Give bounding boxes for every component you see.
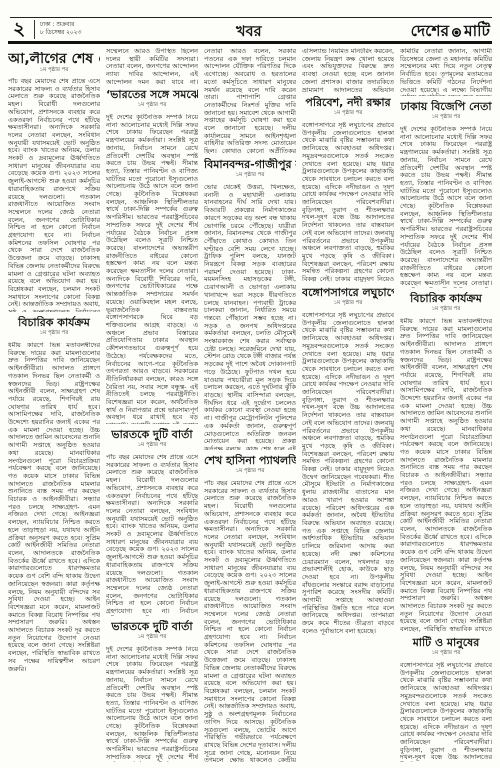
article-body-text: পাঁচ বছর মেয়াদের শেষ প্রান্তে এসে সরকার… — [204, 480, 296, 762]
article-headline: মাটি ও মানুষের ১ম পৃষ্ঠার পর — [400, 632, 492, 662]
article-body-text: পাঁচ বছর মেয়াদের শেষ প্রান্তে এসে সরকার… — [106, 454, 198, 616]
article-headline: পরিবেশ, নদী রক্ষার ১ম পৃষ্ঠার পর — [302, 92, 394, 122]
news-column-3: নেতারা আরও বলেন, সরকার পতনের এক দফা দাবি… — [204, 48, 296, 762]
article-body-text: কমিটির নেতারা জানান, আগামী ডিসেম্বরে জেল… — [400, 48, 492, 96]
article-body-text: দুই দেশের কূটনৈতিক সম্পর্ক নিয়ে নানা আল… — [106, 646, 198, 762]
continued-from-page-label: ১ম পৃষ্ঠার পর — [400, 114, 492, 122]
continued-from-page-label: ১ম পৃষ্ঠার পর — [106, 634, 198, 642]
continued-from-page-label: ১ম পৃষ্ঠার পর — [204, 468, 296, 476]
article-headline: বিচারিক কার্যক্রম ১ম পৃষ্ঠার পর — [8, 312, 100, 342]
article-body-text: বঙ্গোপসাগরে সৃষ্ট লঘুচাপের প্রভাবে উপকূল… — [302, 122, 394, 282]
masthead-bottom-rule — [8, 41, 492, 44]
article-body-text: নেতারা আরও বলেন, সরকার পতনের এক দফা দাবি… — [204, 48, 296, 154]
page-number: ২ — [13, 18, 25, 40]
continued-from-page-label: ১ম পৃষ্ঠার পর — [302, 300, 394, 308]
news-column-1: আ,লীগের শেষ ৫ বছর ১ম পৃষ্ঠার পর পাঁচ বছর… — [8, 48, 100, 762]
masthead-top-rule — [10, 17, 492, 18]
article-headline: ঢাকায় বিজেপি নেতা ১ম পৃষ্ঠার পর — [400, 96, 492, 126]
logo-dot-icon — [452, 28, 461, 37]
article-headline: ভারতকে দুটি বার্তা ১ম পৃষ্ঠার পর — [106, 424, 198, 454]
article-body-text: ভোর থেকেই উত্তরা, খিলক্ষেত, বনানী ও মহাখ… — [204, 184, 296, 450]
article-body-text: ধর্মীয় কারণে ভিন্ন মতাবলম্বীদের বিরুদ্ধ… — [400, 318, 492, 632]
article-body-text: এসিল্যান্ড নিয়মিত মনিটরিং করবেন, জেলায়… — [302, 48, 394, 92]
article-body-text: দুই দেশের কূটনৈতিক সম্পর্ক নিয়ে নানা আল… — [106, 114, 198, 424]
article-body-text: ধর্মীয় কারণে ভিন্ন মতাবলম্বীদের বিরুদ্ধ… — [8, 342, 100, 762]
continued-from-page-label: ১ম পৃষ্ঠার পর — [106, 442, 198, 450]
continued-from-page-label: ১ম পৃষ্ঠার পর — [302, 110, 394, 118]
news-column-5: কমিটির নেতারা জানান, আগামী ডিসেম্বরে জেল… — [400, 48, 492, 762]
continued-from-page-label: ১ম পৃষ্ঠার পর — [106, 102, 198, 110]
news-column-4: এসিল্যান্ড নিয়মিত মনিটরিং করবেন, জেলায়… — [302, 48, 394, 762]
article-body-text: পাঁচ বছর মেয়াদের শেষ প্রান্তে এসে সরকার… — [8, 78, 100, 312]
continued-from-page-label: ১ম পৃষ্ঠার পর — [8, 330, 100, 338]
article-body-text: বঙ্গোপসাগরে সৃষ্ট লঘুচাপের প্রভাবে উপকূল… — [302, 312, 394, 762]
article-headline: ভারতকে দুটি বার্তা ১ম পৃষ্ঠার পর — [106, 616, 198, 646]
article-body-text: বঙ্গোপসাগরে সৃষ্ট লঘুচাপের প্রভাবে উপকূল… — [400, 662, 492, 762]
article-headline: শেখ হাসিনা প্যাথলজিক্যাল ১ম পৃষ্ঠার পর — [204, 450, 296, 480]
dateline-date: ৮ ডিসেম্বর ২০২৩ — [40, 29, 81, 37]
article-headline: বিচারিক কার্যক্রম ১ম পৃষ্ঠার পর — [400, 288, 492, 318]
news-column-2: সম্মেলনে আরও উপস্থিত ছিলেন দলের স্থায়ী … — [106, 48, 198, 762]
dateline: ঢাকা : শুক্রবার ৮ ডিসেম্বর ২০২৩ — [40, 21, 81, 37]
article-headline: আ,লীগের শেষ ৫ বছর ১ম পৃষ্ঠার পর — [8, 48, 100, 78]
continued-from-page-label: ১ম পৃষ্ঠার পর — [400, 306, 492, 314]
article-body-text: দুই দেশের কূটনৈতিক সম্পর্ক নিয়ে নানা আল… — [400, 126, 492, 288]
article-headline: বঙ্গোপসাগরে লঘুচাপের ১ম পৃষ্ঠার পর — [302, 282, 394, 312]
masthead-divider — [34, 20, 35, 39]
article-headline: বিমানবন্দর-গাজীপুর সড়কে ১ম পৃষ্ঠার পর — [204, 154, 296, 184]
article-headline: ‘ভারতের সঙ্গে সমঝোতা’ ১ম পৃষ্ঠার পর — [106, 84, 198, 114]
article-body-text: সম্মেলনে আরও উপস্থিত ছিলেন দলের স্থায়ী … — [106, 48, 198, 84]
newspaper-page: ২ ঢাকা : শুক্রবার ৮ ডিসেম্বর ২০২৩ খবর দে… — [0, 0, 500, 768]
continued-from-page-label: ১ম পৃষ্ঠার পর — [400, 650, 492, 658]
dateline-city-day: ঢাকা : শুক্রবার — [40, 21, 81, 29]
article-columns: আ,লীগের শেষ ৫ বছর ১ম পৃষ্ঠার পর পাঁচ বছর… — [8, 48, 492, 762]
continued-from-page-label: ১ম পৃষ্ঠার পর — [204, 172, 296, 180]
continued-from-page-label: ১ম পৃষ্ঠার পর — [8, 67, 100, 75]
